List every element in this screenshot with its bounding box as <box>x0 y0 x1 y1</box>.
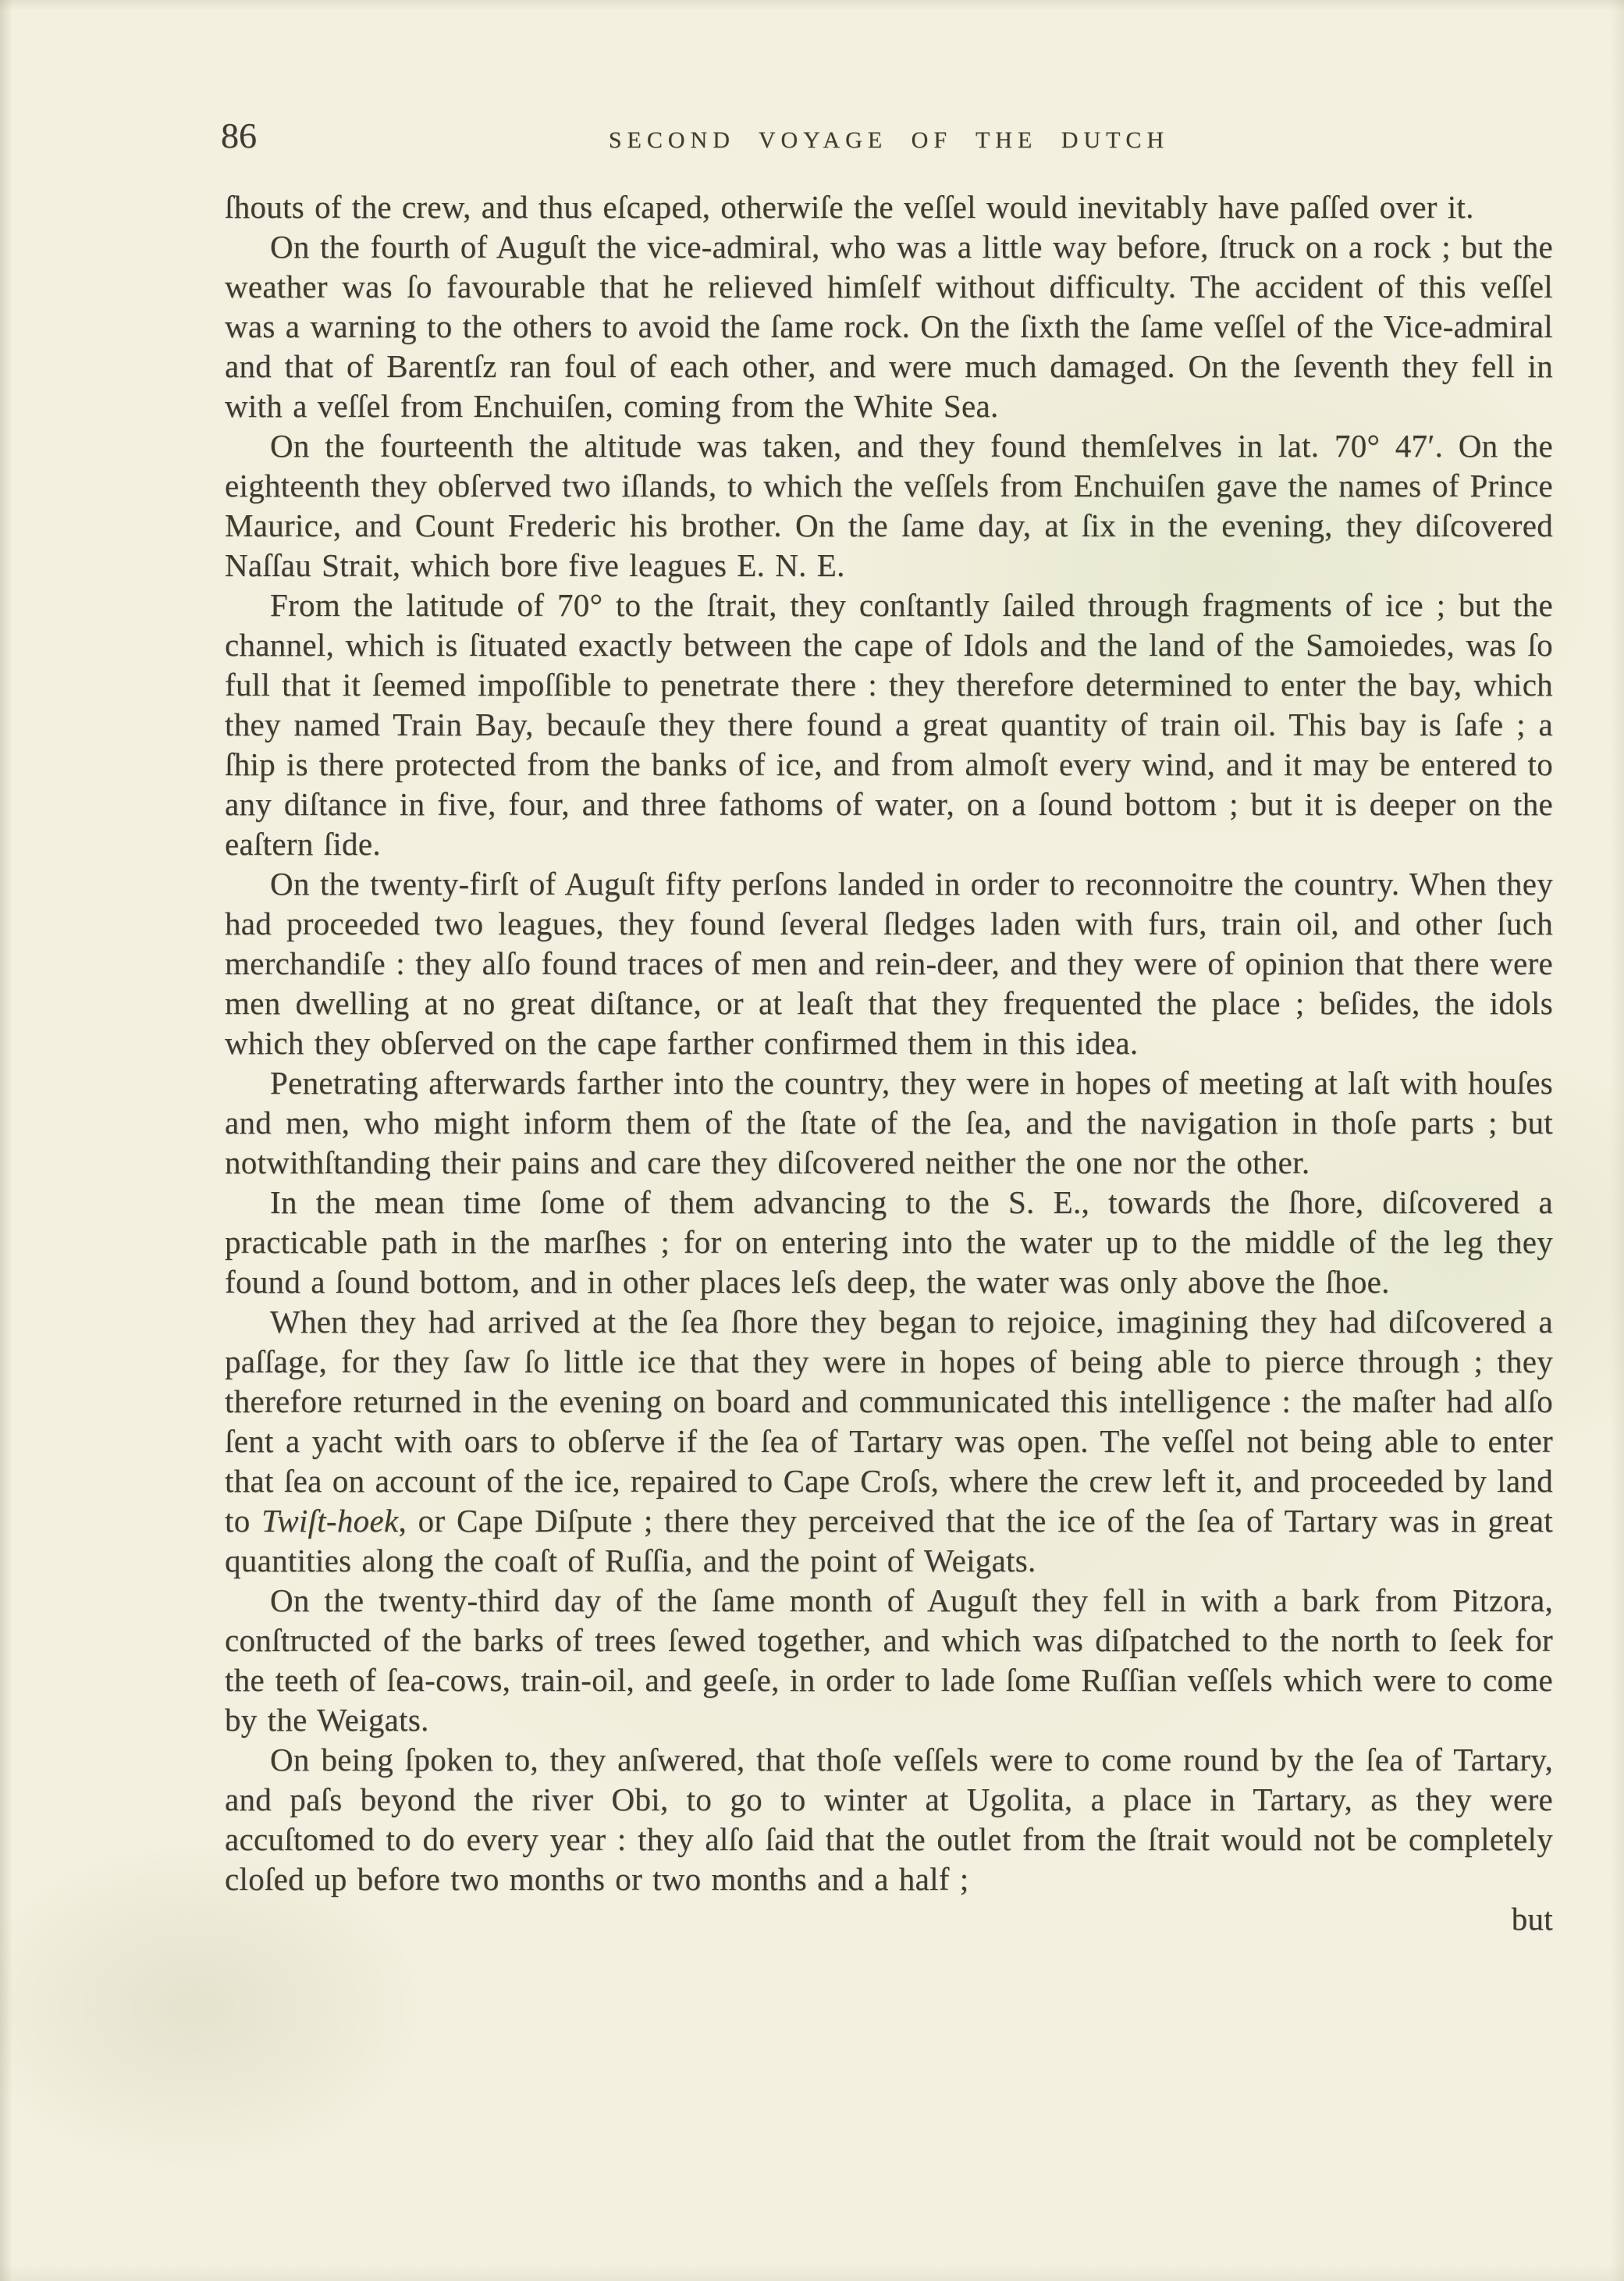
text-run: From the latitude of 70° to the ſtrait, … <box>225 587 1553 862</box>
catchword: but <box>225 1899 1553 1939</box>
text-run: On the twenty-firſt of Auguſt fifty perſ… <box>225 866 1553 1061</box>
paragraph: In the mean time ſome of them advancing … <box>225 1183 1553 1302</box>
paragraph: On the twenty-firſt of Auguſt fifty perſ… <box>225 864 1553 1063</box>
text-run: On being ſpoken to, they anſwered, that … <box>225 1742 1553 1897</box>
paragraph: On the fourth of Auguſt the vice-admiral… <box>225 227 1553 426</box>
italic-text-run: Twiſt-hoek <box>261 1503 398 1539</box>
paragraph: ſhouts of the crew, and thus eſcaped, ot… <box>225 187 1553 227</box>
text-run: Penetrating afterwards farther into the … <box>225 1065 1553 1180</box>
text-block: ſhouts of the crew, and thus eſcaped, ot… <box>225 187 1553 1939</box>
paragraphs: ſhouts of the crew, and thus eſcaped, ot… <box>225 187 1553 1899</box>
text-run: ſhouts of the crew, and thus eſcaped, ot… <box>225 189 1474 225</box>
paragraph: Penetrating afterwards farther into the … <box>225 1063 1553 1183</box>
paragraph: On being ſpoken to, they anſwered, that … <box>225 1740 1553 1899</box>
paragraph: When they had arrived at the ſea ſhore t… <box>225 1302 1553 1581</box>
text-run: On the fourth of Auguſt the vice-admiral… <box>225 229 1553 424</box>
text-run: , or Cape Diſpute ; there they perceived… <box>225 1503 1553 1578</box>
text-run: On the twenty-third day of the ſame mont… <box>225 1582 1553 1738</box>
paragraph: On the twenty-third day of the ſame mont… <box>225 1581 1553 1740</box>
text-run: On the fourteenth the altitude was taken… <box>225 428 1553 583</box>
book-page: 86 SECOND VOYAGE OF THE DUTCH ſhouts of … <box>0 0 1624 2281</box>
paragraph: On the fourteenth the altitude was taken… <box>225 426 1553 585</box>
running-title: SECOND VOYAGE OF THE DUTCH <box>225 126 1553 155</box>
text-run: In the mean time ſome of them advancing … <box>225 1184 1553 1300</box>
paragraph: From the latitude of 70° to the ſtrait, … <box>225 585 1553 864</box>
